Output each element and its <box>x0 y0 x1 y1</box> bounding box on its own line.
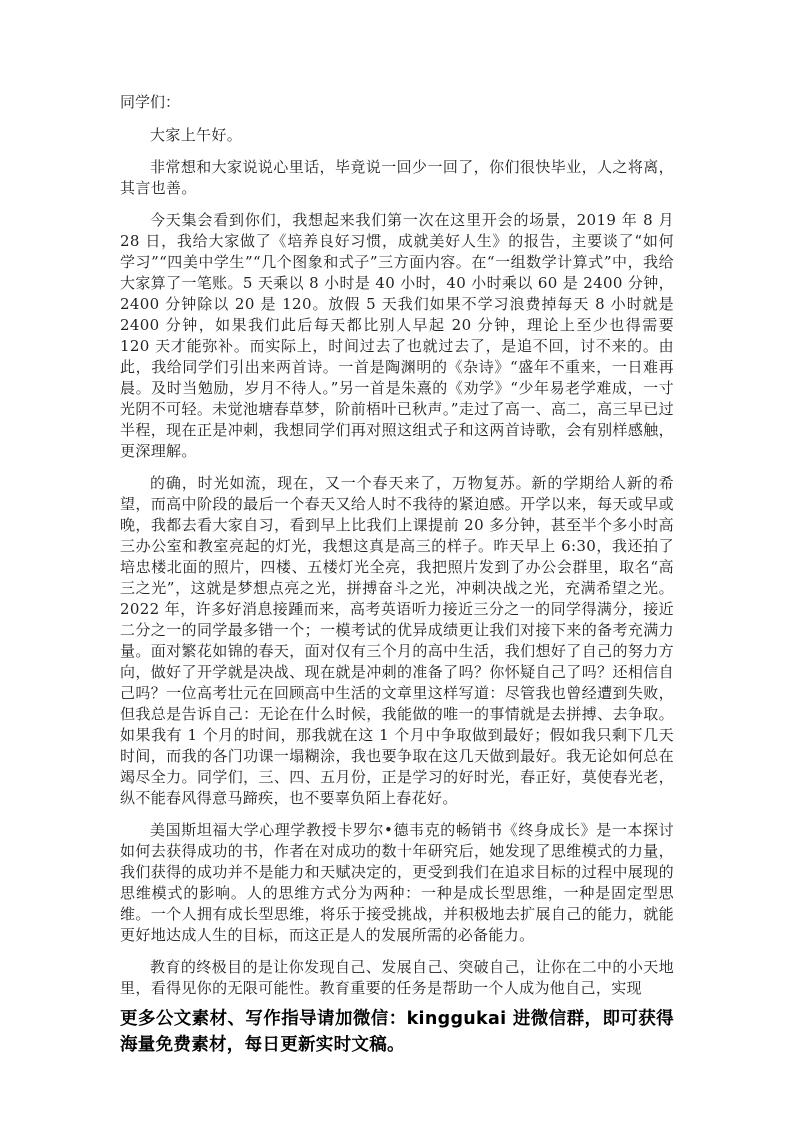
paragraph-spring: 的确，时光如流，现在，又一个春天来了，万物复苏。新的学期给人新的希望，而高中阶段… <box>120 473 674 809</box>
document-page: 同学们： 大家上午好。 非常想和大家说说心里话，毕竟说一回少一回了，你们很快毕业… <box>120 92 674 1058</box>
salutation: 同学们： <box>120 92 674 113</box>
promo-banner-text: 更多公文素材、写作指导请加微信：kinggukai 进微信群，即可获得海量免费素… <box>120 1006 674 1058</box>
paragraph-growth-mindset: 美国斯坦福大学心理学教授卡罗尔•德韦克的畅销书《终身成长》是一本探讨如何去获得成… <box>120 820 674 946</box>
paragraph-education-goal: 教育的终极目的是让你发现自己、发展自己、突破自己，让你在二中的小天地里，看得见你… <box>120 957 674 999</box>
paragraph-heartfelt: 非常想和大家说说心里话，毕竟说一回少一回了，你们很快毕业，人之将离，其言也善。 <box>120 157 674 199</box>
paragraph-first-meeting: 今天集会看到你们，我想起来我们第一次在这里开会的场景，2019 年 8 月 28… <box>120 210 674 462</box>
paragraph-greeting: 大家上午好。 <box>120 125 674 146</box>
